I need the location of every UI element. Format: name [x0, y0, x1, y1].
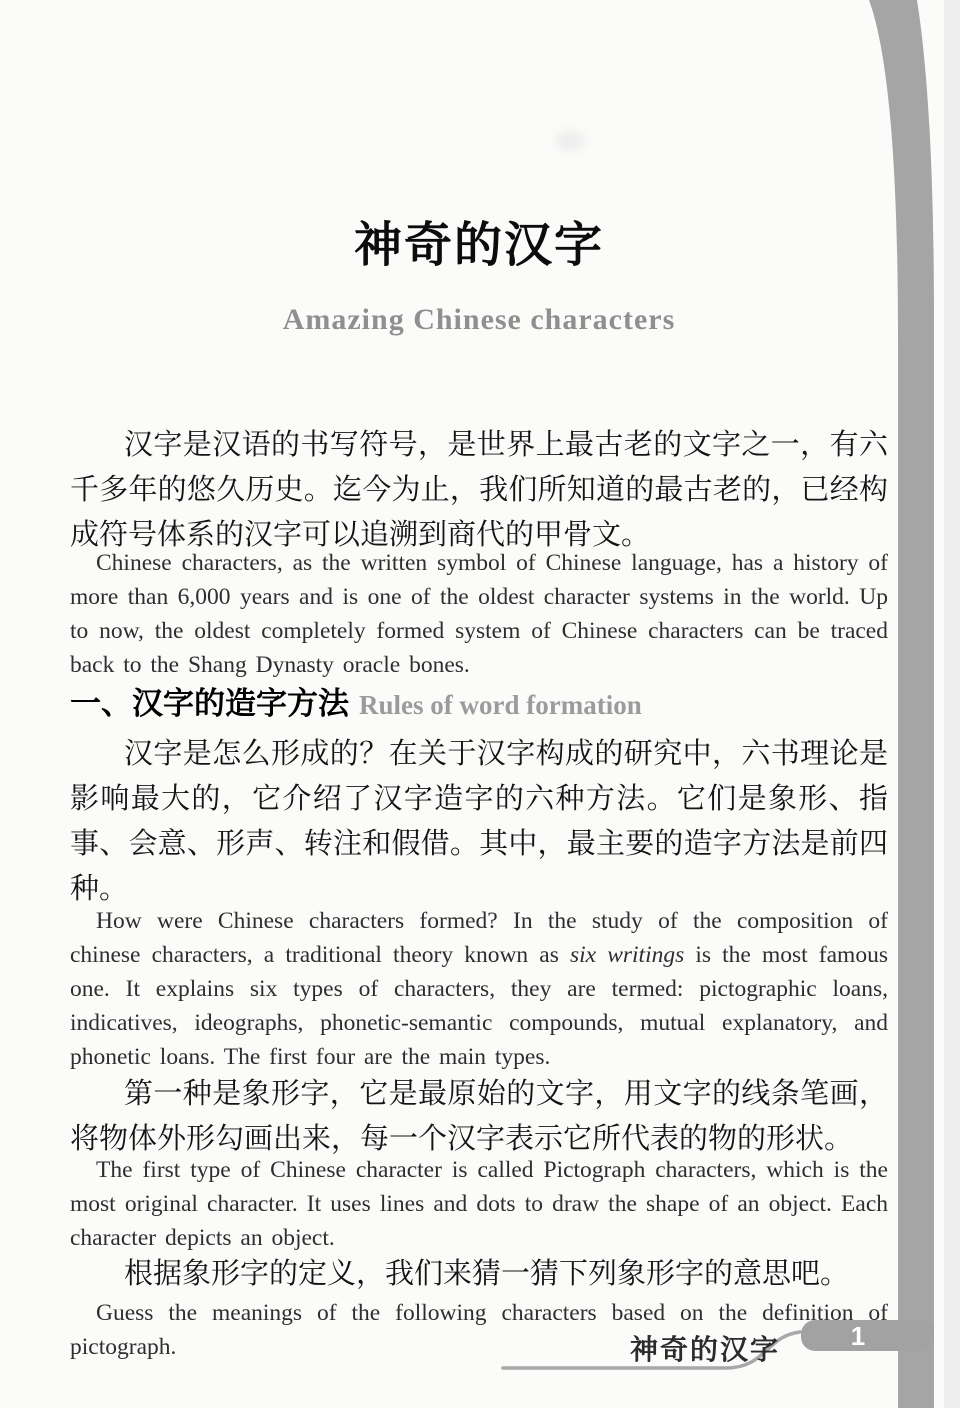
section-heading-en: Rules of word formation [359, 690, 642, 720]
paragraph-en-six-writings-italic: six writings [570, 942, 684, 968]
paragraph-en-pictograph: The first type of Chinese character is c… [70, 1153, 888, 1255]
section-heading-1: 一、汉字的造字方法Rules of word formation [70, 684, 888, 729]
section-heading-cn: 一、汉字的造字方法 [70, 686, 349, 721]
book-page: 神奇的汉字 Amazing Chinese characters 汉字是汉语的书… [0, 0, 960, 1408]
footer-page-number: 1 [840, 1321, 876, 1351]
page-subtitle: Amazing Chinese characters [70, 303, 888, 337]
footer-chapter-label: 神奇的汉字 [630, 1328, 780, 1368]
paragraph-cn-guess: 根据象形字的定义，我们来猜一猜下列象形字的意思吧。 [70, 1252, 888, 1297]
paragraph-cn-six-writings: 汉字是怎么形成的？在关于汉字构成的研究中，六书理论是影响最大的，它介绍了汉字造字… [70, 732, 888, 912]
page-title: 神奇的汉字 [70, 206, 888, 275]
paragraph-cn-intro: 汉字是汉语的书写符号，是世界上最古老的文字之一，有六千多年的悠久历史。迄今为止，… [70, 423, 888, 558]
paragraph-en-intro: Chinese characters, as the written symbo… [70, 546, 888, 682]
paragraph-en-six-writings: How were Chinese characters formed? In t… [70, 904, 888, 1074]
page-content: 神奇的汉字 Amazing Chinese characters 汉字是汉语的书… [70, 0, 888, 1364]
paragraph-cn-pictograph: 第一种是象形字，它是最原始的文字，用文字的线条笔画，将物体外形勾画出来，每一个汉… [70, 1072, 888, 1162]
paper-edge-shadow [944, 0, 960, 1408]
